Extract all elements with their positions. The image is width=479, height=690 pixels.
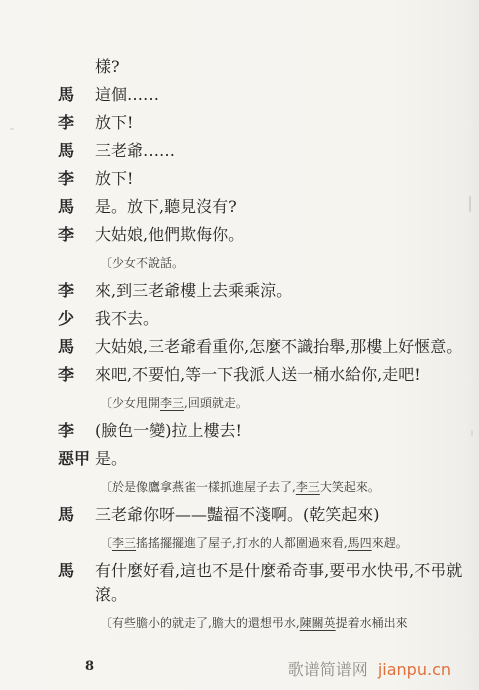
- stage-direction-text: 〔有些膽小的就走了,膽大的還想弔水,陳關英提着水桶出來: [100, 611, 460, 635]
- dialogue-line: 李 來,到三老爺樓上去乘乘涼。: [58, 279, 470, 303]
- dialogue-text: 放下!: [95, 111, 468, 135]
- dialogue-text: 樣?: [95, 55, 468, 79]
- watermark-site-name: 歌谱简谱网: [288, 660, 368, 679]
- dialogue-text: 三老爺你呀——豔福不淺啊。(乾笑起來): [95, 503, 468, 527]
- speaker-label: 李: [58, 167, 95, 191]
- dialogue-line: 樣?: [58, 55, 470, 79]
- dialogue-line: 馬 大姑娘,三老爺看重你,怎麼不識抬舉,那樓上好愜意。: [58, 335, 470, 359]
- dialogue-text: 來吧,不要怕,等一下我派人送一桶水給你,走吧!: [95, 363, 468, 387]
- speaker-label: 李: [58, 111, 95, 135]
- scan-artifact: [10, 128, 14, 130]
- dialogue-line: 李 大姑娘,他們欺侮你。: [58, 223, 470, 247]
- speaker-label: 少: [58, 307, 95, 331]
- speaker-label: 李: [58, 279, 95, 303]
- speaker-label: 馬: [58, 559, 95, 583]
- watermark: 歌谱简谱网 jianpu.cn: [288, 657, 451, 680]
- dialogue-text: 這個……: [95, 83, 468, 107]
- dialogue-line: 馬 這個……: [58, 83, 470, 107]
- dialogue-line: 少 我不去。: [58, 307, 470, 331]
- dialogue-line: 李 放下!: [58, 167, 470, 191]
- dialogue-text: 三老爺……: [95, 139, 468, 163]
- dialogue-text: 來,到三老爺樓上去乘乘涼。: [95, 279, 468, 303]
- dialogue-text: 放下!: [95, 167, 468, 191]
- dialogue-text: 有什麼好看,這也不是什麼希奇事,要弔水快弔,不弔就滾。: [95, 559, 468, 607]
- speaker-label: 馬: [58, 83, 95, 107]
- speaker-label: 惡甲: [58, 447, 95, 471]
- dialogue-text: 大姑娘,他們欺侮你。: [95, 223, 468, 247]
- dialogue-text: 我不去。: [95, 307, 468, 331]
- speaker-label: 李: [58, 223, 95, 247]
- stage-direction: 〔有些膽小的就走了,膽大的還想弔水,陳關英提着水桶出來: [58, 611, 470, 635]
- stage-direction: 〔李三搖搖擺擺進了屋子,打水的人都圍過來看,馬四來趕。: [58, 531, 470, 555]
- script-body: 樣? 馬 這個…… 李 放下! 馬 三老爺…… 李 放下! 馬 是。放下,聽見沒…: [58, 55, 470, 639]
- dialogue-text: 是。放下,聽見沒有?: [95, 195, 468, 219]
- stage-direction: 〔少女不說話。: [58, 251, 470, 275]
- dialogue-line: 李 來吧,不要怕,等一下我派人送一桶水給你,走吧!: [58, 363, 470, 387]
- speaker-label: 李: [58, 363, 95, 387]
- dialogue-line: 李 放下!: [58, 111, 470, 135]
- dialogue-line: 馬 三老爺你呀——豔福不淺啊。(乾笑起來): [58, 503, 470, 527]
- speaker-label: 馬: [58, 503, 95, 527]
- stage-direction-text: 〔於是像鷹拿燕雀一樣抓進屋子去了,李三大笑起來。: [100, 475, 460, 499]
- dialogue-text: 是。: [95, 447, 468, 471]
- dialogue-text: (臉色一變)拉上樓去!: [95, 419, 468, 443]
- dialogue-text: 大姑娘,三老爺看重你,怎麼不識抬舉,那樓上好愜意。: [95, 335, 468, 359]
- dialogue-line: 馬 是。放下,聽見沒有?: [58, 195, 470, 219]
- dialogue-line: 馬 三老爺……: [58, 139, 470, 163]
- stage-direction-text: 〔少女甩開李三,回頭就走。: [100, 391, 460, 415]
- speaker-label: 馬: [58, 195, 95, 219]
- dialogue-line: 馬 有什麼好看,這也不是什麼希奇事,要弔水快弔,不弔就滾。: [58, 559, 470, 607]
- scan-artifact: [469, 196, 471, 212]
- book-page: 樣? 馬 這個…… 李 放下! 馬 三老爺…… 李 放下! 馬 是。放下,聽見沒…: [0, 0, 479, 690]
- speaker-label: 馬: [58, 139, 95, 163]
- stage-direction: 〔少女甩開李三,回頭就走。: [58, 391, 470, 415]
- speaker-label: 李: [58, 419, 95, 443]
- scan-artifact: [471, 430, 473, 436]
- stage-direction: 〔於是像鷹拿燕雀一樣抓進屋子去了,李三大笑起來。: [58, 475, 470, 499]
- dialogue-line: 惡甲 是。: [58, 447, 470, 471]
- stage-direction-text: 〔李三搖搖擺擺進了屋子,打水的人都圍過來看,馬四來趕。: [100, 531, 460, 555]
- page-number: 8: [85, 659, 94, 674]
- stage-direction-text: 〔少女不說話。: [100, 251, 460, 275]
- watermark-site-url: jianpu.cn: [378, 660, 451, 679]
- speaker-label: 馬: [58, 335, 95, 359]
- dialogue-line: 李 (臉色一變)拉上樓去!: [58, 419, 470, 443]
